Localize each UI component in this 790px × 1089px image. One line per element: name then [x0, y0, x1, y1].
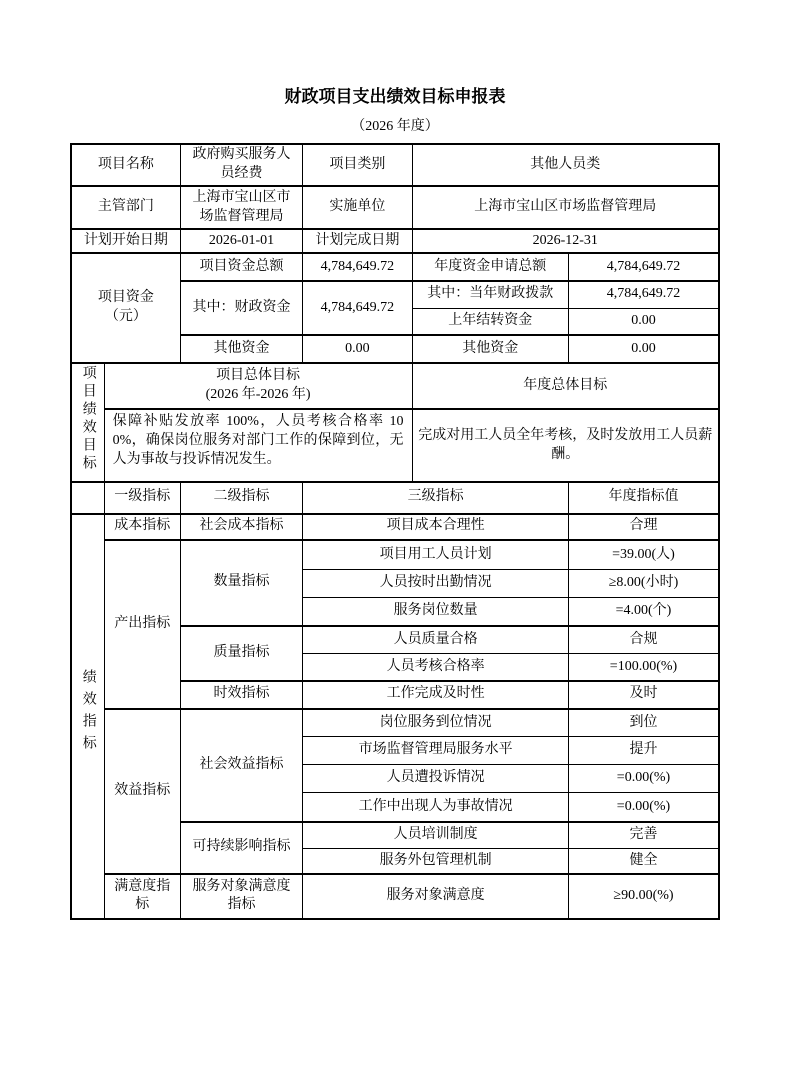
project-name-label: 项目名称 [71, 144, 180, 186]
level1-cell: 效益指标 [104, 709, 180, 874]
implementing-unit-label: 实施单位 [303, 186, 412, 229]
indicators-section-text: 绩效指标 [81, 669, 95, 757]
indicator-value-cell: ≥90.00(%) [569, 874, 720, 919]
indicator-value-cell: 健全 [569, 849, 720, 874]
project-name-value: 政府购买服务人员经费 [180, 144, 302, 186]
indicator-row: 效益指标 社会效益指标 岗位服务到位情况 到位 [71, 709, 719, 737]
other-fund2-value: 0.00 [569, 335, 720, 363]
row-goal-content: 保障补贴发放率 100%，人员考核合格率 100%，确保岗位服务对部门工作的保障… [71, 409, 719, 482]
indicator-row: 产出指标 数量指标 项目用工人员计划 =39.00(人) [71, 540, 719, 570]
overall-goal-header: 项目总体目标 (2026 年-2026 年) [104, 363, 412, 409]
overall-goal-title: 项目总体目标 [110, 367, 407, 386]
indicator-value-cell: =100.00(%) [569, 654, 720, 681]
indicator-name-cell: 服务外包管理机制 [303, 849, 569, 874]
implementing-unit-value: 上海市宝山区市场监督管理局 [412, 186, 719, 229]
indicator-value-cell: =39.00(人) [569, 540, 720, 570]
spacer-cell [71, 482, 104, 514]
indicator-value-cell: ≥8.00(小时) [569, 570, 720, 598]
row-fund-total: 项目资金（元） 项目资金总额 4,784,649.72 年度资金申请总额 4,7… [71, 253, 719, 281]
annual-goal-header: 年度总体目标 [412, 363, 719, 409]
indicator-name-cell: 项目用工人员计划 [303, 540, 569, 570]
fund-total-value: 4,784,649.72 [303, 253, 412, 281]
row-dates: 计划开始日期 2026-01-01 计划完成日期 2026-12-31 [71, 229, 719, 253]
indicator-value-cell: 到位 [569, 709, 720, 737]
overall-goal-period: (2026 年-2026 年) [110, 386, 407, 405]
indicator-name-cell: 服务岗位数量 [303, 598, 569, 626]
indicator-name-cell: 人员按时出勤情况 [303, 570, 569, 598]
end-date-value: 2026-12-31 [412, 229, 719, 253]
indicator-row: 绩效指标 成本指标 社会成本指标 项目成本合理性 合理 [71, 514, 719, 540]
annual-goal-text: 完成对用工人员全年考核，及时发放用工人员薪酬。 [412, 409, 719, 482]
project-goals-section-label: 项目绩效目标 [71, 363, 104, 482]
level2-cell: 社会效益指标 [180, 709, 302, 822]
indicator-name-cell: 岗位服务到位情况 [303, 709, 569, 737]
level1-cell: 满意度指标 [104, 874, 180, 919]
overall-goal-text: 保障补贴发放率 100%，人员考核合格率 100%，确保岗位服务对部门工作的保障… [104, 409, 412, 482]
row-indicator-header: 一级指标 二级指标 三级指标 年度指标值 [71, 482, 719, 514]
fund-total-label: 项目资金总额 [180, 253, 302, 281]
level2-cell: 社会成本指标 [180, 514, 302, 540]
indicator-name-cell: 项目成本合理性 [303, 514, 569, 540]
start-date-value: 2026-01-01 [180, 229, 302, 253]
level2-header: 二级指标 [180, 482, 302, 514]
carryover-value: 0.00 [569, 308, 720, 335]
indicator-value-cell: =4.00(个) [569, 598, 720, 626]
indicator-name-cell: 人员遭投诉情况 [303, 765, 569, 793]
start-date-label: 计划开始日期 [71, 229, 180, 253]
page-title: 财政项目支出绩效目标申报表 [0, 0, 790, 108]
indicator-row: 满意度指标 服务对象满意度指标 服务对象满意度 ≥90.00(%) [71, 874, 719, 919]
project-goals-section-text: 项目绩效目标 [81, 365, 95, 473]
level3-header: 三级指标 [303, 482, 569, 514]
row-goal-headers: 项目绩效目标 项目总体目标 (2026 年-2026 年) 年度总体目标 [71, 363, 719, 409]
level1-cell: 产出指标 [104, 540, 180, 709]
level1-header: 一级指标 [104, 482, 180, 514]
level1-cell: 成本指标 [104, 514, 180, 540]
fiscal-fund-label: 其中：财政资金 [180, 281, 302, 335]
level2-cell: 质量指标 [180, 626, 302, 681]
row-project-name: 项目名称 政府购买服务人员经费 项目类别 其他人员类 [71, 144, 719, 186]
indicator-value-cell: =0.00(%) [569, 793, 720, 822]
indicator-name-cell: 人员培训制度 [303, 822, 569, 849]
row-department: 主管部门 上海市宝山区市场监督管理局 实施单位 上海市宝山区市场监督管理局 [71, 186, 719, 229]
project-category-value: 其他人员类 [412, 144, 719, 186]
funds-section-label: 项目资金（元） [71, 253, 180, 363]
indicator-value-cell: 合规 [569, 626, 720, 654]
other-fund-value: 0.00 [303, 335, 412, 363]
department-label: 主管部门 [71, 186, 180, 229]
indicator-value-cell: =0.00(%) [569, 765, 720, 793]
department-value: 上海市宝山区市场监督管理局 [180, 186, 302, 229]
carryover-label: 上年结转资金 [412, 308, 568, 335]
other-fund2-label: 其他资金 [412, 335, 568, 363]
indicator-name-cell: 工作中出现人为事故情况 [303, 793, 569, 822]
indicator-value-cell: 合理 [569, 514, 720, 540]
page-subtitle: （2026 年度） [0, 118, 790, 136]
performance-target-form-table: 项目名称 政府购买服务人员经费 项目类别 其他人员类 主管部门 上海市宝山区市场… [70, 143, 720, 920]
annual-request-label: 年度资金申请总额 [412, 253, 568, 281]
indicator-name-cell: 工作完成及时性 [303, 681, 569, 709]
project-category-label: 项目类别 [303, 144, 412, 186]
indicator-value-cell: 提升 [569, 737, 720, 765]
indicator-name-cell: 服务对象满意度 [303, 874, 569, 919]
annual-request-value: 4,784,649.72 [569, 253, 720, 281]
current-allocation-value: 4,784,649.72 [569, 281, 720, 308]
level2-cell: 可持续影响指标 [180, 822, 302, 874]
indicator-name-cell: 人员考核合格率 [303, 654, 569, 681]
level2-cell: 服务对象满意度指标 [180, 874, 302, 919]
level2-cell: 数量指标 [180, 540, 302, 626]
indicator-name-cell: 人员质量合格 [303, 626, 569, 654]
indicators-section-label: 绩效指标 [71, 514, 104, 919]
end-date-label: 计划完成日期 [303, 229, 412, 253]
annual-value-header: 年度指标值 [569, 482, 720, 514]
indicator-value-cell: 完善 [569, 822, 720, 849]
current-allocation-label: 其中：当年财政拨款 [412, 281, 568, 308]
level2-cell: 时效指标 [180, 681, 302, 709]
other-fund-label: 其他资金 [180, 335, 302, 363]
indicator-value-cell: 及时 [569, 681, 720, 709]
indicator-name-cell: 市场监督管理局服务水平 [303, 737, 569, 765]
fiscal-fund-value: 4,784,649.72 [303, 281, 412, 335]
